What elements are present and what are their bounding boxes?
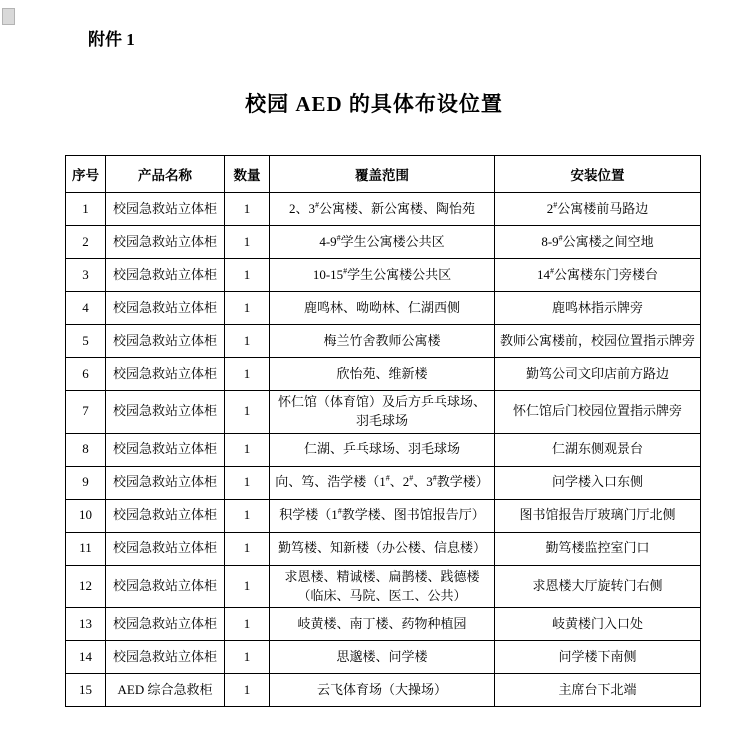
- cell-no: 3: [66, 259, 106, 292]
- cell-product: 校园急救站立体柜: [106, 292, 225, 325]
- table-row: 5校园急救站立体柜1梅兰竹舍教师公寓楼教师公寓楼前，校园位置指示牌旁: [66, 325, 701, 358]
- cell-no: 2: [66, 226, 106, 259]
- cell-no: 11: [66, 532, 106, 565]
- cell-coverage: 思邈楼、问学楼: [270, 641, 495, 674]
- cell-no: 13: [66, 608, 106, 641]
- cell-location: 怀仁馆后门校园位置指示牌旁: [495, 391, 701, 434]
- cell-qty: 1: [225, 193, 270, 226]
- table-row: 11校园急救站立体柜1勤笃楼、知新楼（办公楼、信息楼）勤笃楼监控室门口: [66, 532, 701, 565]
- table-row: 3校园急救站立体柜110-15#学生公寓楼公共区14#公寓楼东门旁楼台: [66, 259, 701, 292]
- cell-no: 8: [66, 433, 106, 466]
- cell-location: 问学楼入口东侧: [495, 466, 701, 499]
- cell-coverage: 4-9#学生公寓楼公共区: [270, 226, 495, 259]
- cell-qty: 1: [225, 466, 270, 499]
- cell-product: 校园急救站立体柜: [106, 391, 225, 434]
- table-header-row: 序号产品名称数量覆盖范围安装位置: [66, 156, 701, 193]
- cell-coverage: 积学楼（1#教学楼、图书馆报告厅）: [270, 499, 495, 532]
- cell-no: 6: [66, 358, 106, 391]
- column-header-4: 安装位置: [495, 156, 701, 193]
- table-row: 15AED 综合急救柜1云飞体育场（大操场）主席台下北端: [66, 674, 701, 707]
- table-row: 10校园急救站立体柜1积学楼（1#教学楼、图书馆报告厅）图书馆报告厅玻璃门厅北侧: [66, 499, 701, 532]
- cell-qty: 1: [225, 641, 270, 674]
- document-page: 附件 1 校园 AED 的具体布设位置 序号产品名称数量覆盖范围安装位置 1校园…: [0, 0, 748, 740]
- cell-product: 校园急救站立体柜: [106, 499, 225, 532]
- attachment-label: 附件 1: [88, 25, 135, 50]
- aed-location-table: 序号产品名称数量覆盖范围安装位置 1校园急救站立体柜12、3#公寓楼、新公寓楼、…: [65, 155, 701, 707]
- cell-coverage: 云飞体育场（大操场）: [270, 674, 495, 707]
- cell-location: 问学楼下南侧: [495, 641, 701, 674]
- column-header-0: 序号: [66, 156, 106, 193]
- cell-coverage: 向、笃、浩学楼（1#、2#、3#教学楼）: [270, 466, 495, 499]
- cell-location: 8-9#公寓楼之间空地: [495, 226, 701, 259]
- cell-no: 4: [66, 292, 106, 325]
- cell-product: 校园急救站立体柜: [106, 193, 225, 226]
- table-header: 序号产品名称数量覆盖范围安装位置: [66, 156, 701, 193]
- cell-coverage: 岐黄楼、南丁楼、药物种植园: [270, 608, 495, 641]
- column-header-1: 产品名称: [106, 156, 225, 193]
- cell-qty: 1: [225, 325, 270, 358]
- cell-qty: 1: [225, 499, 270, 532]
- cell-coverage: 2、3#公寓楼、新公寓楼、陶怡苑: [270, 193, 495, 226]
- table-row: 8校园急救站立体柜1仁湖、乒乓球场、羽毛球场仁湖东侧观景台: [66, 433, 701, 466]
- cell-qty: 1: [225, 226, 270, 259]
- cell-location: 求恩楼大厅旋转门右侧: [495, 565, 701, 608]
- cell-product: 校园急救站立体柜: [106, 565, 225, 608]
- cell-product: 校园急救站立体柜: [106, 259, 225, 292]
- cell-coverage: 欣怡苑、维新楼: [270, 358, 495, 391]
- scrollbar-corner-artifact: [2, 8, 15, 25]
- cell-no: 7: [66, 391, 106, 434]
- cell-coverage: 勤笃楼、知新楼（办公楼、信息楼）: [270, 532, 495, 565]
- table-row: 1校园急救站立体柜12、3#公寓楼、新公寓楼、陶怡苑2#公寓楼前马路边: [66, 193, 701, 226]
- cell-no: 15: [66, 674, 106, 707]
- table-row: 12校园急救站立体柜1求恩楼、精诚楼、扁鹊楼、践德楼（临床、马院、医工、公共）求…: [66, 565, 701, 608]
- cell-qty: 1: [225, 532, 270, 565]
- cell-no: 10: [66, 499, 106, 532]
- cell-location: 14#公寓楼东门旁楼台: [495, 259, 701, 292]
- cell-product: 校园急救站立体柜: [106, 641, 225, 674]
- cell-no: 5: [66, 325, 106, 358]
- cell-qty: 1: [225, 259, 270, 292]
- cell-location: 岐黄楼门入口处: [495, 608, 701, 641]
- cell-location: 勤笃楼监控室门口: [495, 532, 701, 565]
- cell-coverage: 仁湖、乒乓球场、羽毛球场: [270, 433, 495, 466]
- cell-location: 主席台下北端: [495, 674, 701, 707]
- cell-qty: 1: [225, 565, 270, 608]
- cell-coverage: 怀仁馆（体育馆）及后方乒乓球场、羽毛球场: [270, 391, 495, 434]
- cell-no: 9: [66, 466, 106, 499]
- cell-product: 校园急救站立体柜: [106, 325, 225, 358]
- cell-qty: 1: [225, 292, 270, 325]
- table-row: 2校园急救站立体柜14-9#学生公寓楼公共区8-9#公寓楼之间空地: [66, 226, 701, 259]
- table-row: 7校园急救站立体柜1怀仁馆（体育馆）及后方乒乓球场、羽毛球场怀仁馆后门校园位置指…: [66, 391, 701, 434]
- cell-product: 校园急救站立体柜: [106, 608, 225, 641]
- table-row: 4校园急救站立体柜1鹿鸣林、呦呦林、仁湖西侧鹿鸣林指示牌旁: [66, 292, 701, 325]
- cell-no: 1: [66, 193, 106, 226]
- cell-location: 图书馆报告厅玻璃门厅北侧: [495, 499, 701, 532]
- cell-qty: 1: [225, 608, 270, 641]
- cell-coverage: 10-15#学生公寓楼公共区: [270, 259, 495, 292]
- column-header-2: 数量: [225, 156, 270, 193]
- cell-no: 12: [66, 565, 106, 608]
- cell-coverage: 梅兰竹舍教师公寓楼: [270, 325, 495, 358]
- cell-location: 2#公寓楼前马路边: [495, 193, 701, 226]
- cell-coverage: 求恩楼、精诚楼、扁鹊楼、践德楼（临床、马院、医工、公共）: [270, 565, 495, 608]
- cell-location: 仁湖东侧观景台: [495, 433, 701, 466]
- cell-product: 校园急救站立体柜: [106, 532, 225, 565]
- cell-location: 鹿鸣林指示牌旁: [495, 292, 701, 325]
- cell-qty: 1: [225, 674, 270, 707]
- cell-no: 14: [66, 641, 106, 674]
- table-row: 13校园急救站立体柜1岐黄楼、南丁楼、药物种植园岐黄楼门入口处: [66, 608, 701, 641]
- table-row: 9校园急救站立体柜1向、笃、浩学楼（1#、2#、3#教学楼）问学楼入口东侧: [66, 466, 701, 499]
- page-title: 校园 AED 的具体布设位置: [0, 88, 748, 118]
- table-body: 1校园急救站立体柜12、3#公寓楼、新公寓楼、陶怡苑2#公寓楼前马路边2校园急救…: [66, 193, 701, 707]
- column-header-3: 覆盖范围: [270, 156, 495, 193]
- cell-qty: 1: [225, 433, 270, 466]
- cell-product: 校园急救站立体柜: [106, 358, 225, 391]
- table-row: 14校园急救站立体柜1思邈楼、问学楼问学楼下南侧: [66, 641, 701, 674]
- cell-location: 勤笃公司文印店前方路边: [495, 358, 701, 391]
- table-row: 6校园急救站立体柜1欣怡苑、维新楼勤笃公司文印店前方路边: [66, 358, 701, 391]
- cell-qty: 1: [225, 358, 270, 391]
- cell-product: 校园急救站立体柜: [106, 226, 225, 259]
- cell-coverage: 鹿鸣林、呦呦林、仁湖西侧: [270, 292, 495, 325]
- cell-qty: 1: [225, 391, 270, 434]
- cell-location: 教师公寓楼前，校园位置指示牌旁: [495, 325, 701, 358]
- cell-product: 校园急救站立体柜: [106, 433, 225, 466]
- cell-product: AED 综合急救柜: [106, 674, 225, 707]
- cell-product: 校园急救站立体柜: [106, 466, 225, 499]
